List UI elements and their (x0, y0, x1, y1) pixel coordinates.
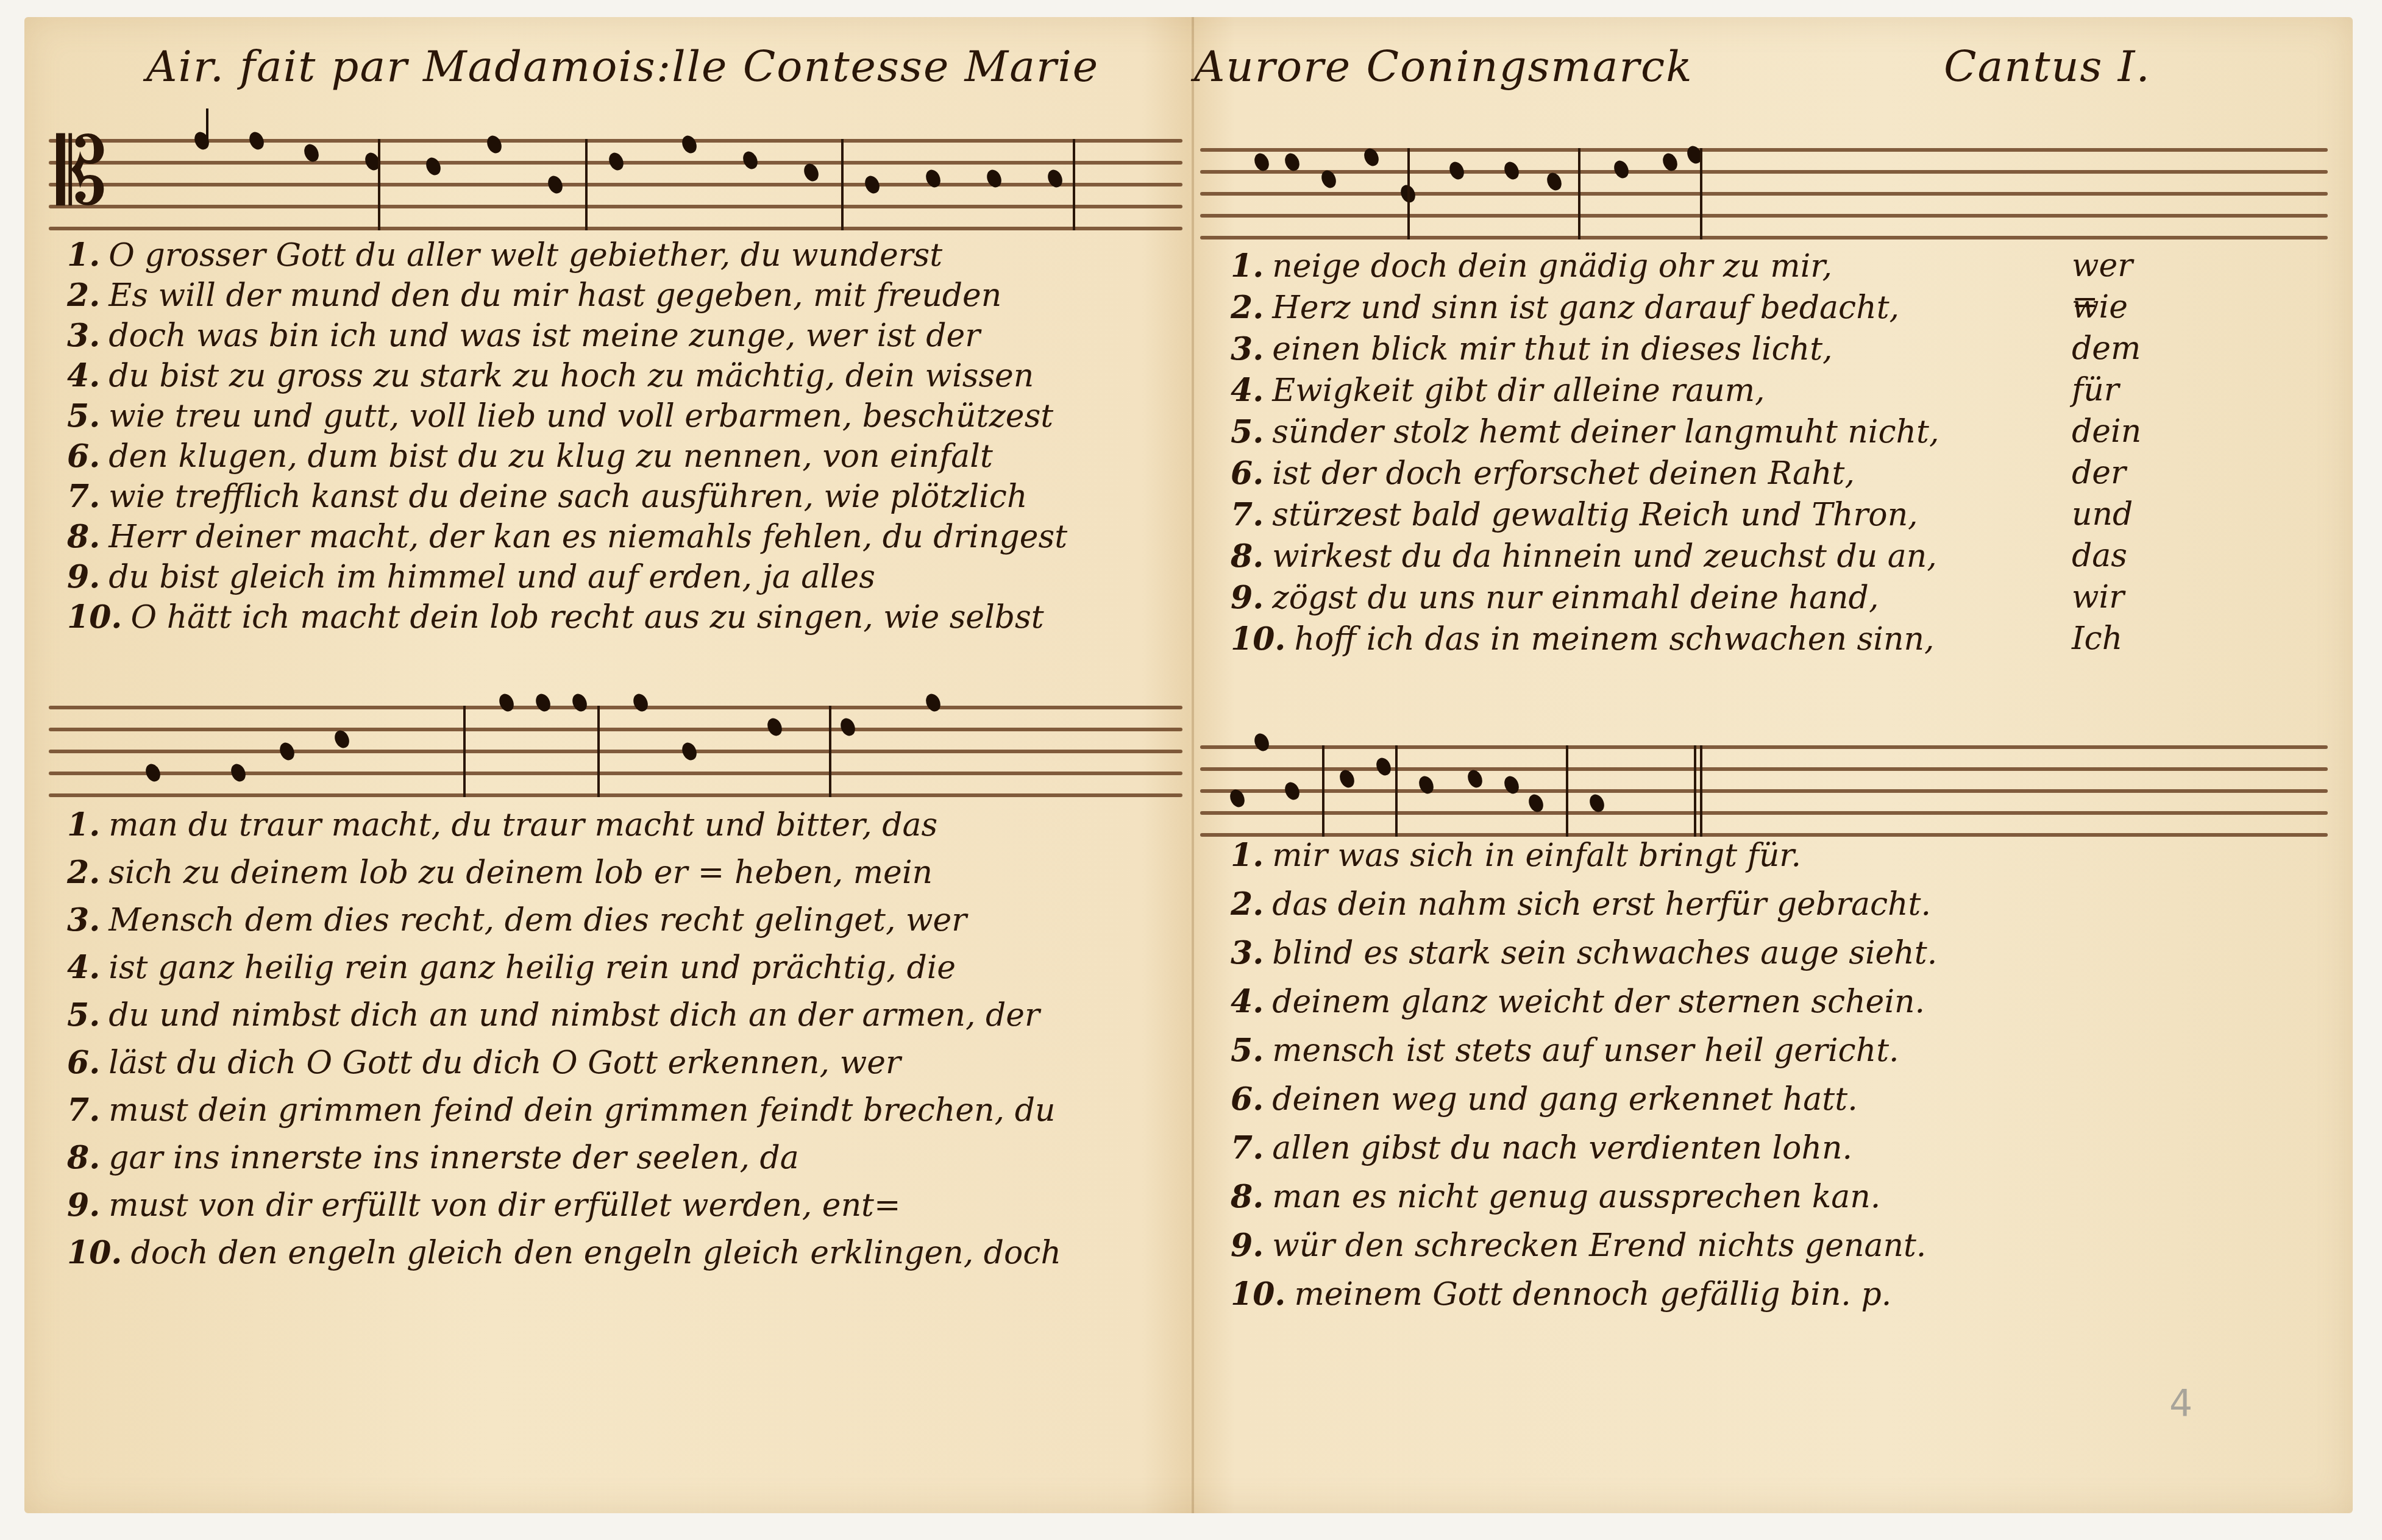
staff-1-right (1200, 148, 2328, 240)
staff-2-right (1200, 745, 2328, 837)
title-left: Air. fait par Madamois:lle Contesse Mari… (146, 41, 1099, 91)
pencil-page-number: 4 (2169, 1382, 2192, 1425)
staff-2-left (49, 706, 1182, 797)
left-page: Air. fait par Madamois:lle Contesse Mari… (24, 17, 1192, 1513)
staff-1-left: 𝄡 (49, 139, 1182, 230)
title-right: Aurore Coningsmarck (1194, 41, 1693, 91)
right-page: Aurore Coningsmarck Cantus I. 1.neige do… (1194, 17, 2353, 1513)
clef-icon: 𝄡 (56, 127, 107, 218)
voice-label: Cantus I. (1944, 41, 2151, 91)
